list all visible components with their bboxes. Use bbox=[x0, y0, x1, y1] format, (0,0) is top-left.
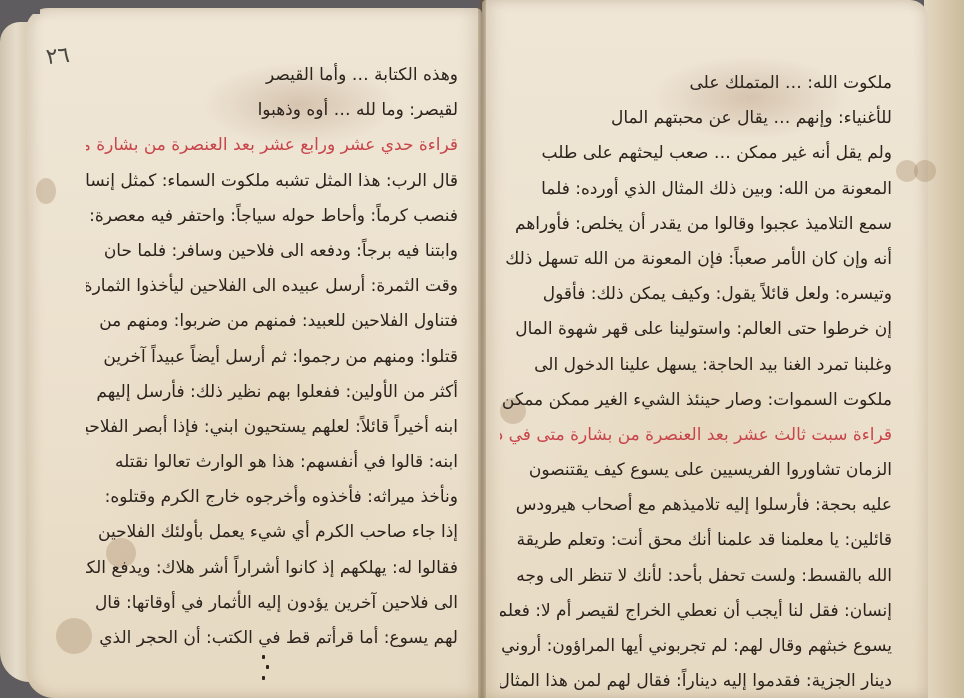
text-line: إذا جاء صاحب الكرم أي شيء يعمل بأولئك ال… bbox=[86, 515, 458, 550]
text-line: وهذه الكتابة … وأما القيصر bbox=[86, 58, 458, 93]
text-line: وتيسره: ولعل قائلاً يقول: وكيف يمكن ذلك:… bbox=[500, 277, 892, 312]
text-line: للأغنياء: وإنهم … يقال عن محبتهم المال bbox=[500, 101, 892, 136]
right-page-edges bbox=[924, 0, 964, 698]
text-line: ولم يقل أنه غير ممكن … صعب ليحثهم على طل… bbox=[500, 136, 892, 171]
text-line: ابنه: قالوا في أنفسهم: هذا هو الوارث تعا… bbox=[86, 445, 458, 480]
background-gap bbox=[40, 0, 250, 6]
text-line: إنسان: فقل لنا أيجب أن نعطي الخراج لقيصر… bbox=[500, 594, 892, 629]
text-line: قتلوا: ومنهم من رجموا: ثم أرسل أيضاً عبي… bbox=[86, 340, 458, 375]
background-gap bbox=[250, 0, 480, 4]
text-line: ونأخذ ميراثه: فأخذوه وأخرجوه خارج الكرم … bbox=[86, 480, 458, 515]
text-line: ملكوت السموات: وصار حينئذ الشيء الغير مم… bbox=[500, 383, 892, 418]
ink-mark bbox=[262, 676, 265, 680]
text-line: المعونة من الله: وبين ذلك المثال الذي أو… bbox=[500, 172, 892, 207]
stain bbox=[36, 178, 56, 204]
right-page-text: ملكوت الله: … المتملك على للأغنياء: وإنه… bbox=[500, 66, 892, 698]
text-line: فتناول الفلاحين للعبيد: فمنهم من ضربوا: … bbox=[86, 304, 458, 339]
text-line: الزمان تشاوروا الفريسيين على يسوع كيف يق… bbox=[500, 453, 892, 488]
text-line: قائلين: يا معلمنا قد علمنا أنك محق أنت: … bbox=[500, 523, 892, 558]
text-line: الى فلاحين آخرين يؤدون إليه الأثمار في أ… bbox=[86, 586, 458, 621]
text-line: إن خرطوا حتى العالم: واستولينا على قهر ش… bbox=[500, 312, 892, 347]
text-line: لهم يسوع: أما قرأتم قط في الكتب: أن الحج… bbox=[86, 621, 458, 656]
text-line: قال الرب: هذا المثل تشبه ملكوت السماء: ك… bbox=[86, 164, 458, 199]
text-line: لقيصر: وما لله … أوه وذهبوا bbox=[86, 93, 458, 128]
text-line: سمع التلاميذ عجبوا وقالوا من يقدر أن يخل… bbox=[500, 207, 892, 242]
rubric-heading: قراءة حدي عشر ورابع عشر بعد العنصرة من ب… bbox=[86, 128, 458, 163]
text-line: فنصب كرماً: وأحاط حوله سياجاً: واحتفر في… bbox=[86, 199, 458, 234]
text-line: وغلبنا تمرد الغنا بيد الحاجة: يسهل علينا… bbox=[500, 348, 892, 383]
text-line: الله بالقسط: ولست تحفل بأحد: لأنك لا تنظ… bbox=[500, 559, 892, 594]
folio-number: ٢٦ bbox=[45, 43, 71, 70]
ink-mark bbox=[262, 655, 265, 659]
text-line: فقالوا له: يهلكهم إذ كانوا أشراراً أشر ه… bbox=[86, 551, 458, 586]
text-line: ملكوت الله: … المتملك على bbox=[500, 66, 892, 101]
text-line: وابتنا فيه برجاً: ودفعه الى فلاحين وسافر… bbox=[86, 234, 458, 269]
text-line: وقت الثمرة: أرسل عبيده الى الفلاحين ليأخ… bbox=[86, 269, 458, 304]
text-line: دينار الجزية: فقدموا إليه ديناراً: فقال … bbox=[500, 664, 892, 698]
text-line: أنه وإن كان الأمر صعباً: فإن المعونة من … bbox=[500, 242, 892, 277]
text-line: يسوع خبثهم وقال لهم: لم تجربوني أيها الم… bbox=[500, 629, 892, 664]
ink-mark bbox=[266, 665, 269, 669]
background-gap bbox=[0, 0, 40, 14]
text-line: ابنه أخيراً قائلاً: لعلهم يستحيون ابني: … bbox=[86, 410, 458, 445]
rubric-heading: قراءة سبت ثالث عشر بعد العنصرة من بشارة … bbox=[500, 418, 892, 453]
left-page-text: وهذه الكتابة … وأما القيصر لقيصر: وما لل… bbox=[86, 58, 458, 656]
book-gutter bbox=[478, 0, 486, 698]
stain bbox=[914, 160, 936, 182]
text-line: أكثر من الأولين: ففعلوا بهم نظير ذلك: فأ… bbox=[86, 375, 458, 410]
open-manuscript: ٢٦ وهذه الكتابة … وأما القيصر لقيصر: وما… bbox=[0, 0, 964, 698]
text-line: عليه بحجة: فأرسلوا إليه تلاميذهم مع أصحا… bbox=[500, 488, 892, 523]
